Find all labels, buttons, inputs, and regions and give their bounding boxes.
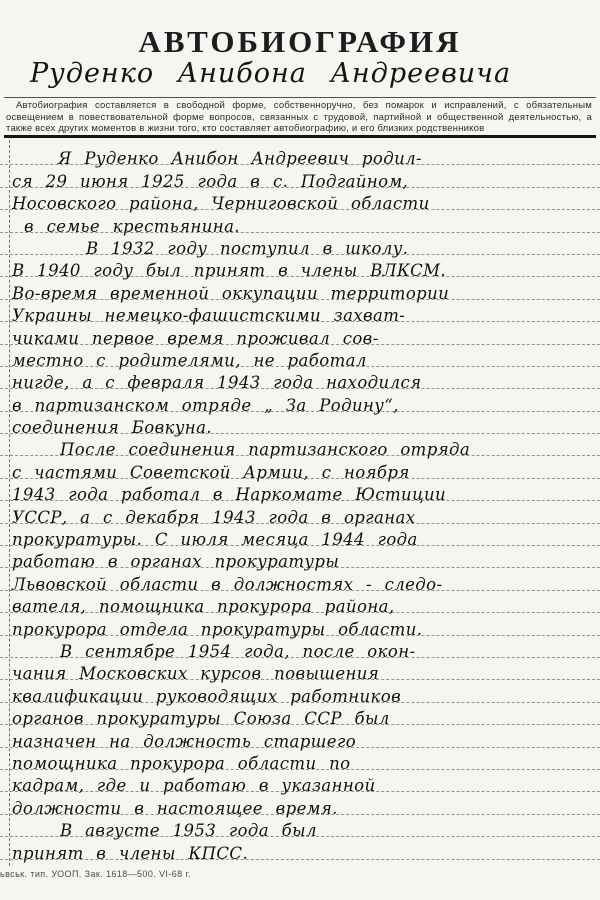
handwritten-line: вателя, помощника прокурора района, [0,591,600,613]
handwritten-line: В 1932 году поступил в школу. [0,233,600,255]
handwritten-line: нигде, а с февраля 1943 года находился [0,367,600,389]
handwritten-line: Во-время временной оккупации территории [0,277,600,299]
handwritten-line: УССР, а с декабря 1943 года в органах [0,501,600,523]
author-name-handwritten: Руденко Анибона Андреевича [30,58,570,89]
handwritten-line: Я Руденко Анибон Андреевич родил- [0,143,600,165]
handwritten-line: назначен на должность старшего [0,725,600,747]
page-title: АВТОБИОГРАФИЯ [0,24,600,60]
handwritten-line: Львовской области в должностях - следо- [0,568,600,590]
handwritten-line: в семье крестьянина. [0,210,600,232]
scanned-autobiography-page: АВТОБИОГРАФИЯ Руденко Анибона Андреевича… [0,0,600,900]
handwritten-body: Я Руденко Анибон Андреевич родил- ся 29 … [0,143,600,860]
handwritten-line: работаю в органах прокуратуры [0,546,600,568]
print-shop-imprint: ьвськ. тип. УООП. Зак. 1618—500. VI-68 г… [0,869,420,879]
handwritten-line: должности в настоящее время. [0,792,600,814]
handwritten-line: органов прокуратуры Союза ССР был [0,703,600,725]
handwritten-line: соединения Бовкуна. [0,412,600,434]
handwritten-line: прокурора отдела прокуратуры области. [0,613,600,635]
handwritten-line: В 1940 году был принят в члены ВЛКСМ. [0,255,600,277]
handwritten-line: принят в члены КПСС. [0,837,600,859]
handwritten-line: 1943 года работал в Наркомате Юстиции [0,479,600,501]
handwritten-line: квалификации руководящих работников [0,680,600,702]
handwritten-line: В сентябре 1954 года, после окон- [0,636,600,658]
divider-thick [4,135,596,138]
form-instructions-text: Автобиография составляется в свободной ф… [6,100,592,135]
handwritten-line: местно с родителями, не работал [0,345,600,367]
handwritten-line: После соединения партизанского отряда [0,434,600,456]
handwritten-line: чания Московских курсов повышения [0,658,600,680]
handwritten-line: кадрам, где и работаю в указанной [0,770,600,792]
handwritten-line: чиками первое время проживал сов- [0,322,600,344]
handwritten-line: В августе 1953 года был [0,815,600,837]
handwritten-line: ся 29 июня 1925 года в с. Подгайном, [0,165,600,187]
handwritten-line: в партизанском отряде „ За Родину“, [0,389,600,411]
handwritten-line: Носовского района, Черниговской области [0,188,600,210]
handwritten-line: помощника прокурора области по [0,748,600,770]
divider-under-name [4,97,596,98]
handwritten-line: с частями Советской Армии, с ноября [0,456,600,478]
handwritten-line: прокуратуры. С июля месяца 1944 года [0,524,600,546]
handwritten-line: Украины немецко-фашистскими захват- [0,300,600,322]
